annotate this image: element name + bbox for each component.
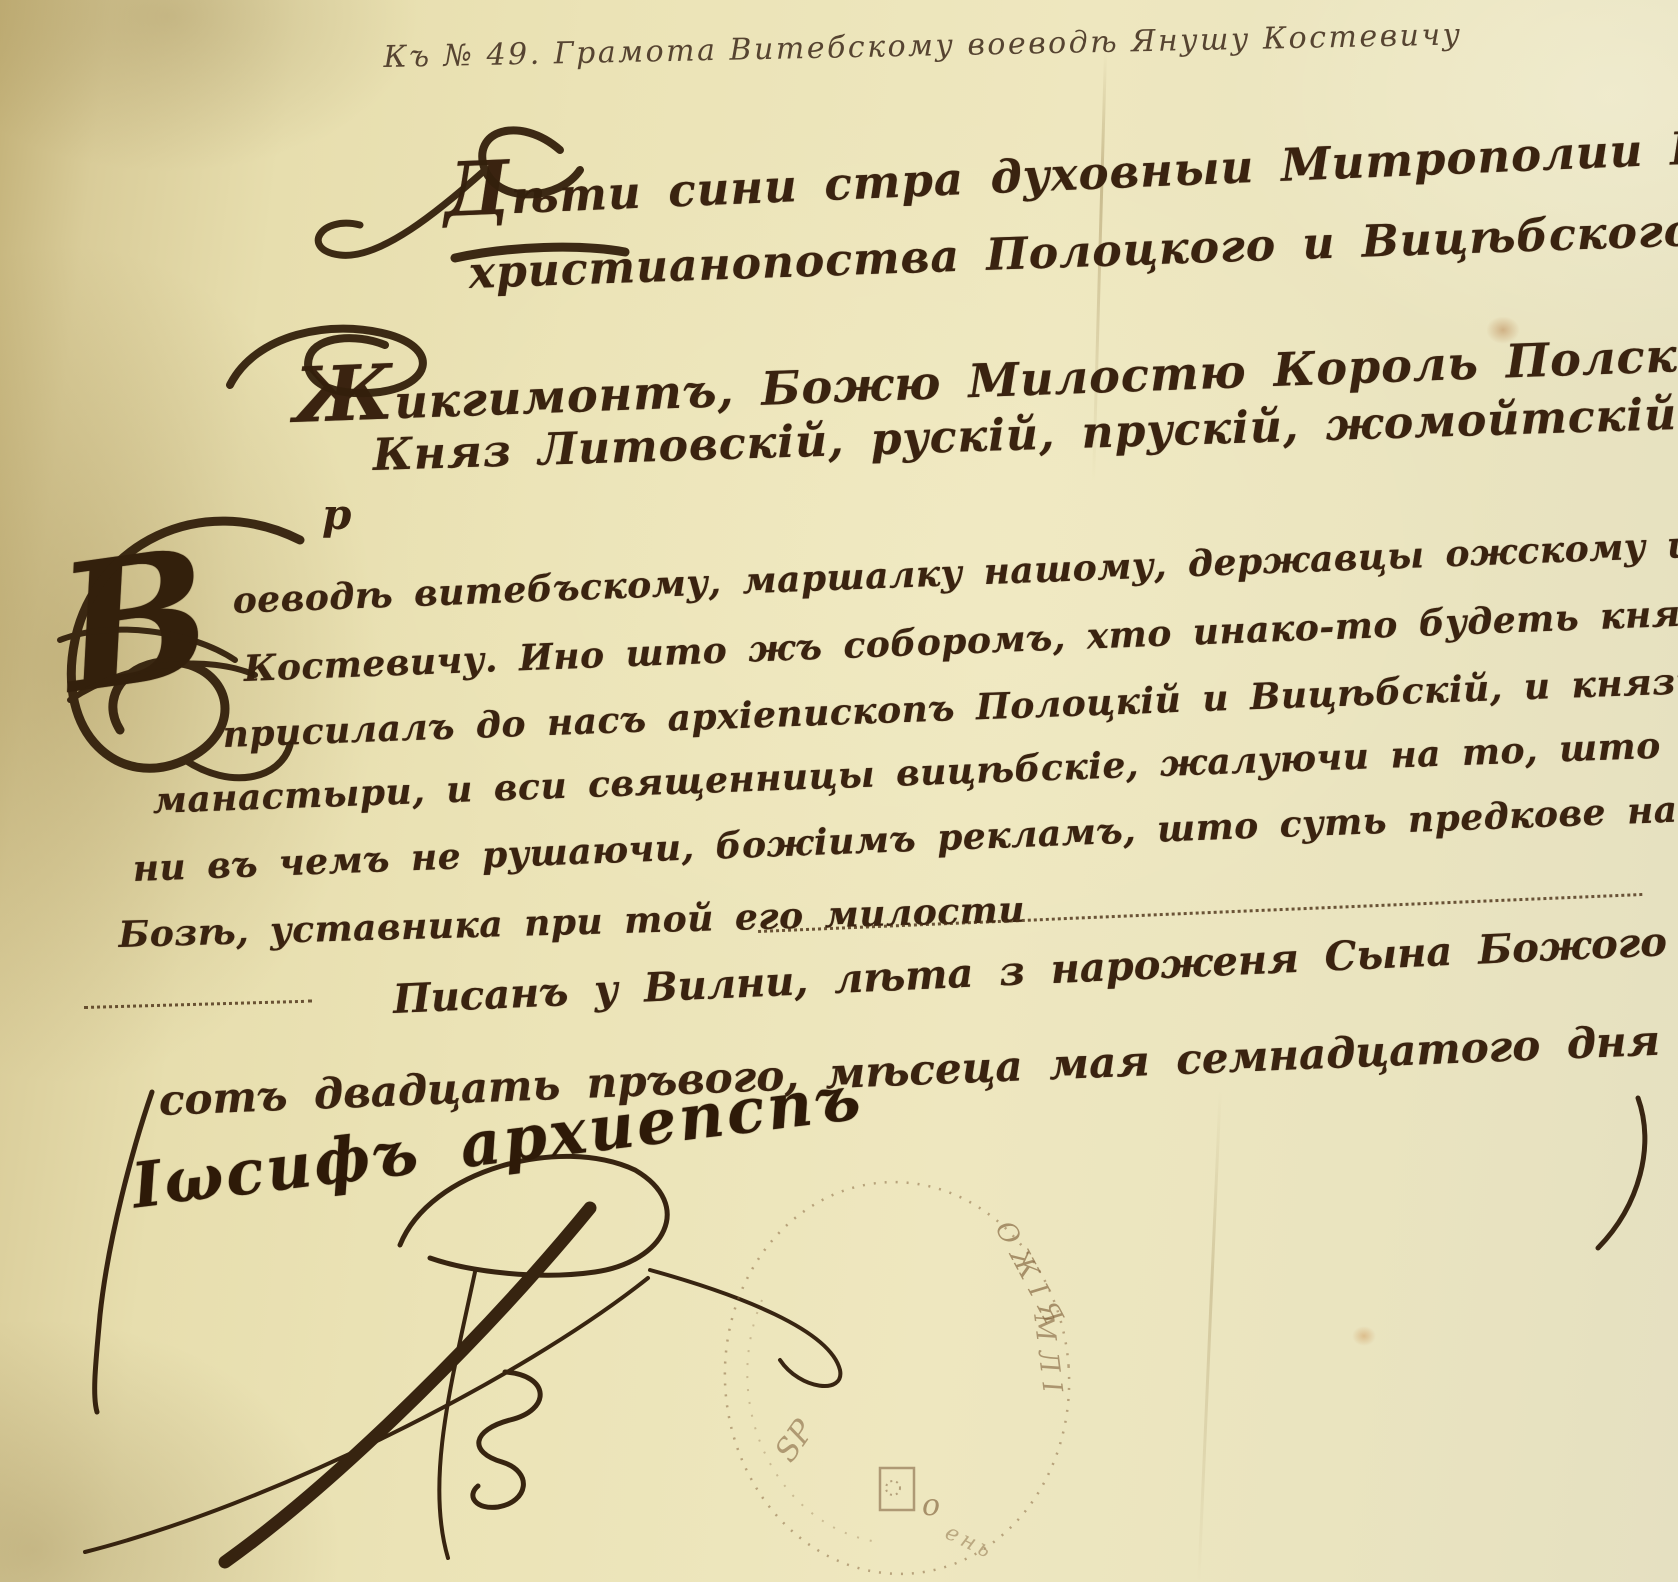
seal-mark-tail: ень <box>941 1520 998 1565</box>
invocation-line-1: Дѣти сини стра духовныи Митрополии Киевс… <box>442 87 1678 231</box>
manuscript-page: Къ № 49. Грамота Витебскому воеводѣ Януш… <box>0 0 1678 1582</box>
paper-stain <box>1352 1326 1376 1346</box>
dateline-line-2: сотъ двадцать пръвого, мѣсеца мая семнад… <box>158 1018 1661 1124</box>
initial-flourish-mark: р <box>322 490 351 539</box>
seal-mark-left: ЅР <box>768 1414 822 1469</box>
seal-outline <box>712 1170 1083 1582</box>
ornamental-initial: В <box>51 525 222 719</box>
archival-caption: Къ № 49. Грамота Витебскому воеводѣ Януш… <box>383 17 1463 75</box>
fold-crease-bottom <box>1197 1090 1221 1582</box>
body-line-6: Бозѣ, уставника при той его милости <box>118 891 1026 956</box>
seal-mark-o: о <box>922 1488 940 1523</box>
dotted-fill-line <box>84 1000 312 1009</box>
